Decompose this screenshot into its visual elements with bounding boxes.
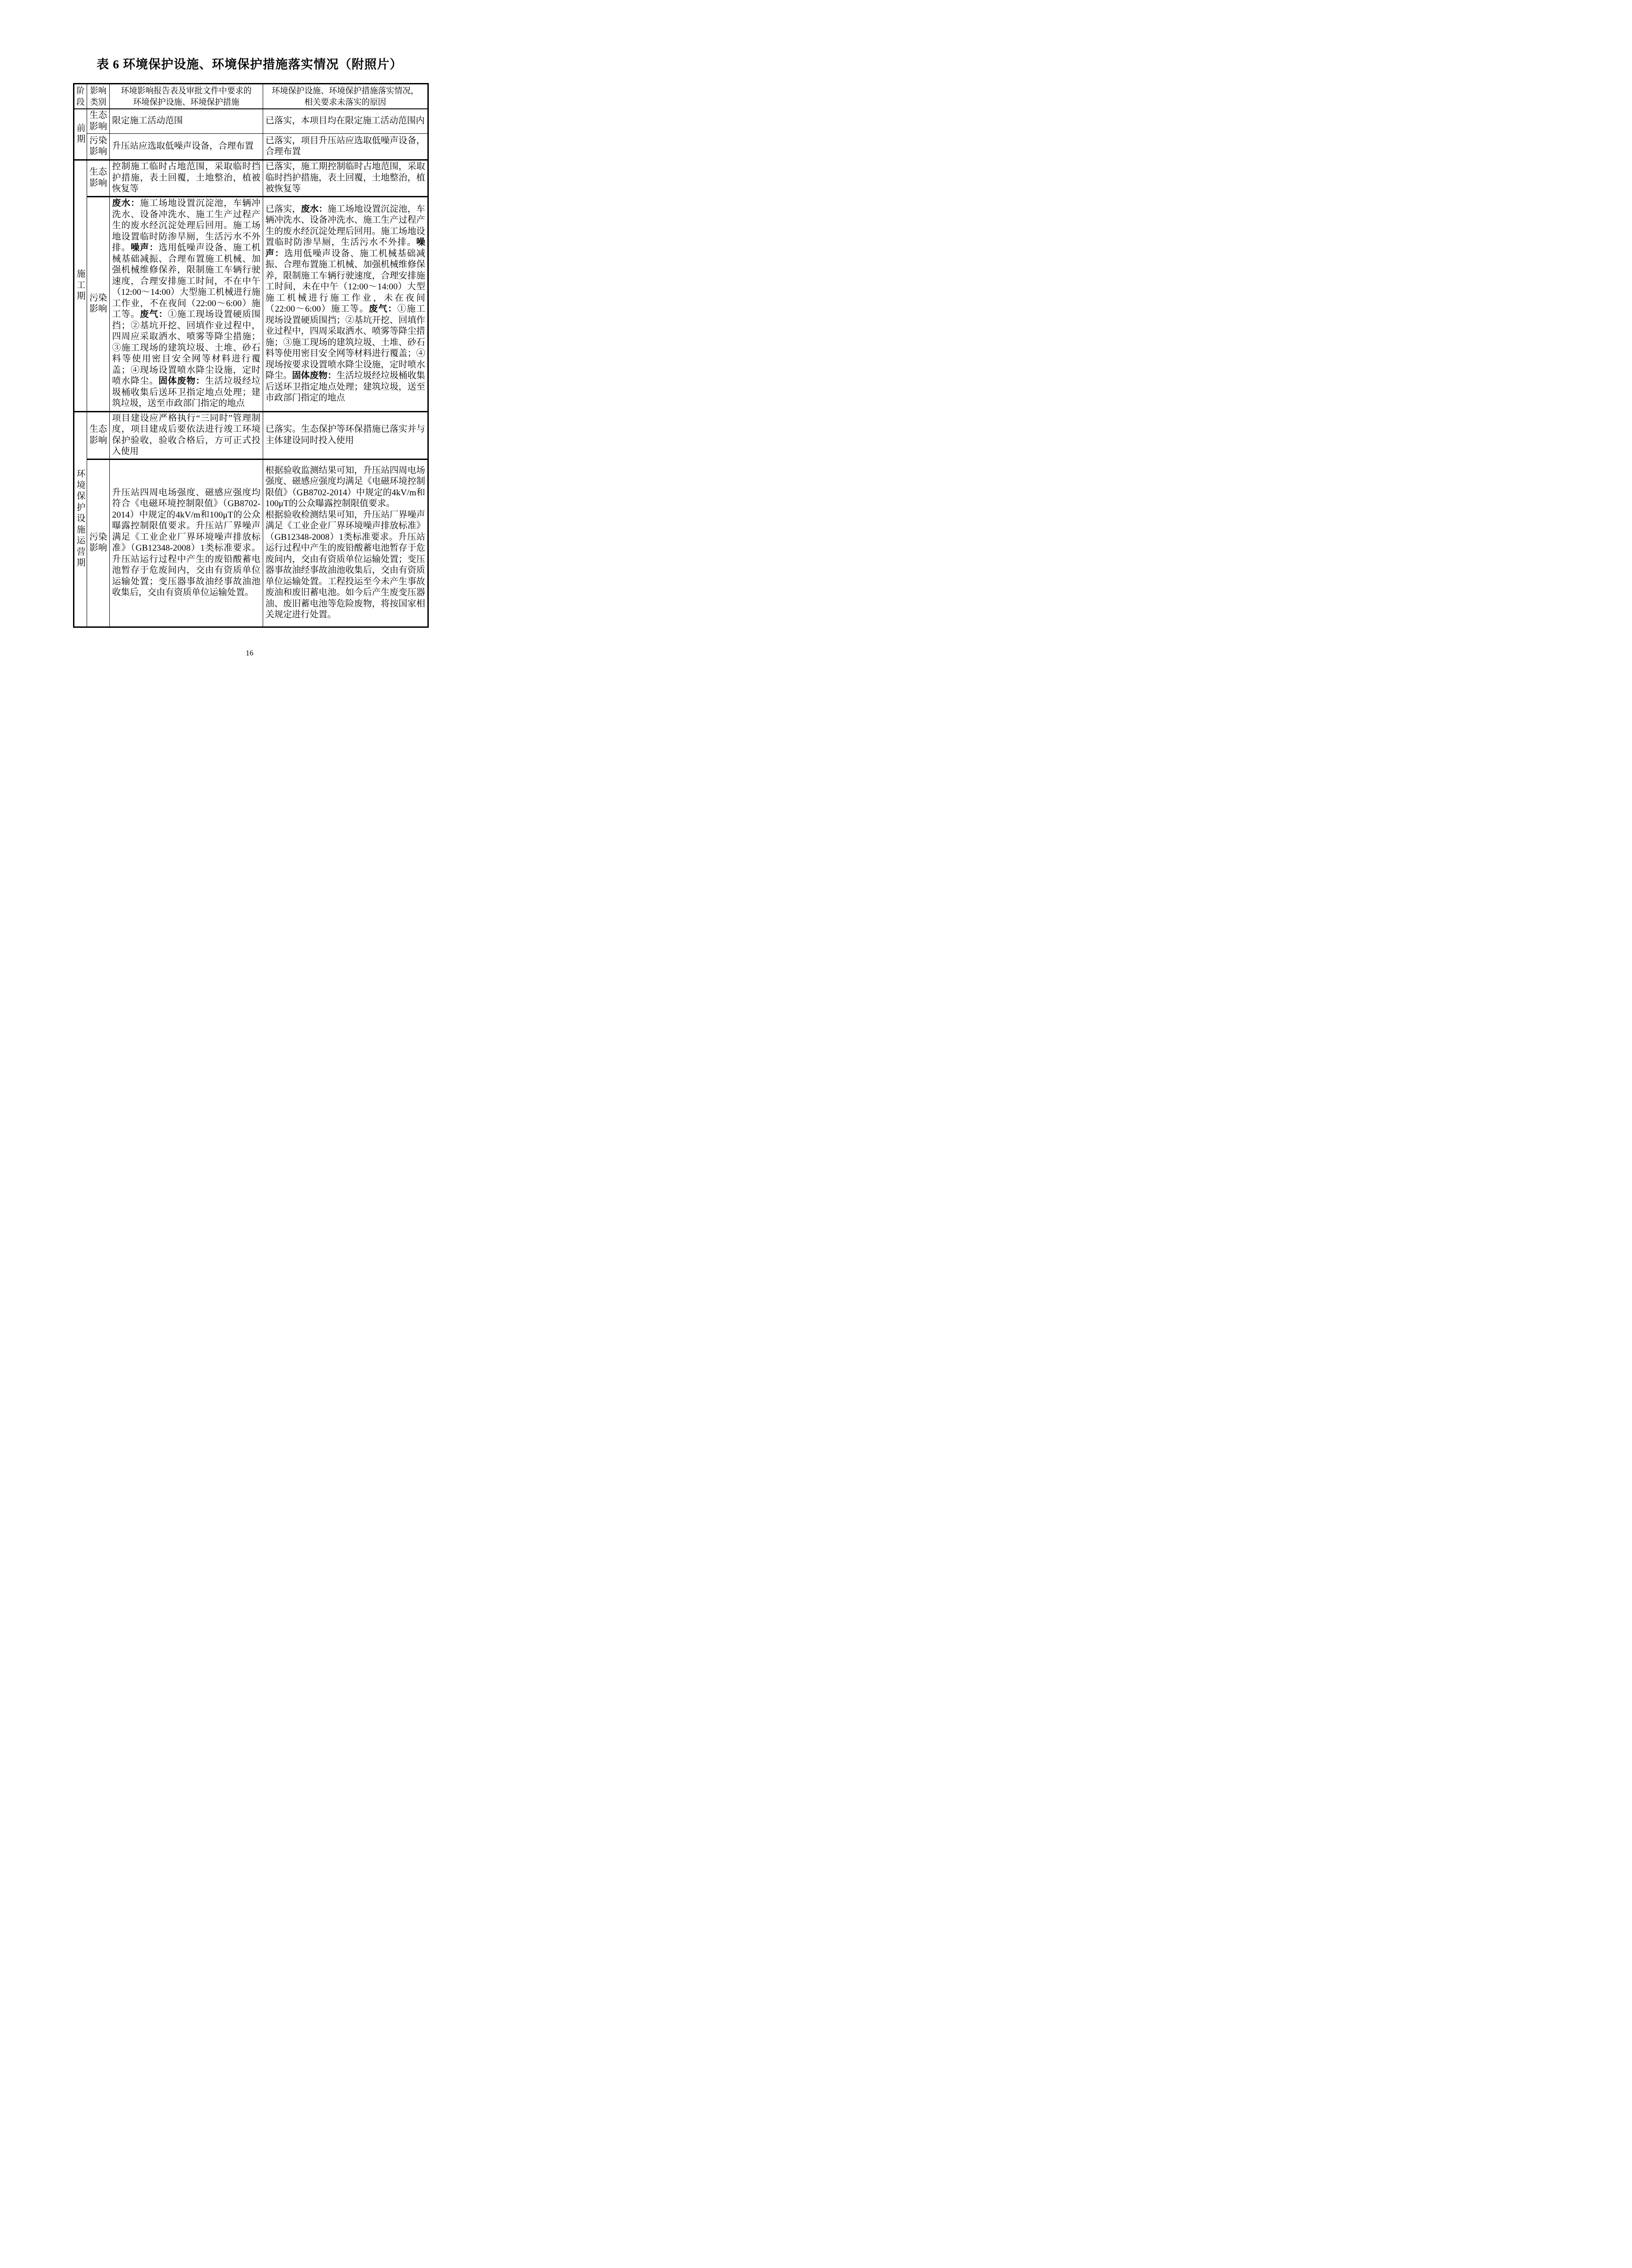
header-row: 阶段影响类别环境影响报告表及审批文件中要求的 环境保护设施、环境保护措施环境保护…	[74, 84, 428, 109]
col-header-required-measures: 环境影响报告表及审批文件中要求的 环境保护设施、环境保护措施	[110, 84, 263, 109]
page-number: 16	[0, 649, 499, 658]
impact-category-cell: 污染影响	[87, 196, 110, 411]
impact-category-cell: 污染影响	[87, 459, 110, 627]
col-header-implementation-status: 环境保护设施、环境保护措施落实情况， 相关要求未落实的原因	[263, 84, 428, 109]
text-run: ①施工现场设置硬质围挡；②基坑开挖、回填作业过程中，四周采取洒水、喷雾等降尘措施…	[265, 304, 425, 381]
impact-category-cell: 污染影响	[87, 134, 110, 160]
table-row: 污染影响升压站应选取低噪声设备，合理布置已落实，项目升压站应选取低噪声设备，合理…	[74, 134, 428, 160]
text-run: 限定施工活动范围	[112, 116, 183, 126]
bold-text-run: 噪声：	[131, 243, 159, 253]
text-run: 根据验收监测结果可知，升压站四周电场强度、磁感应强度均满足《电磁环境控制限值》（…	[265, 466, 425, 620]
text-run: 已落实，本项目均在限定施工活动范围内	[265, 116, 425, 126]
stage-cell: 施工期	[74, 160, 87, 412]
implementation-status-cell: 已落实。生态保护等环保措施已落实并与主体建设同时投入使用	[263, 411, 428, 459]
text-run: 已落实。生态保护等环保措施已落实并与主体建设同时投入使用	[265, 425, 425, 445]
text-run: 项目建设应严格执行“三同时”管理制度，项目建成后要依法进行竣工环境保护验收，验收…	[112, 414, 260, 457]
col-header-stage: 阶段	[74, 84, 87, 109]
required-measures-cell: 升压站四周电场强度、磁感应强度均符合《电磁环境控制限值》（GB8702-2014…	[110, 459, 263, 627]
epa-measures-table: 阶段影响类别环境影响报告表及审批文件中要求的 环境保护设施、环境保护措施环境保护…	[73, 83, 429, 628]
stage-cell: 前期	[74, 109, 87, 160]
impact-category-cell: 生态影响	[87, 109, 110, 134]
page-title: 表 6 环境保护设施、环境保护措施落实情况（附照片）	[0, 54, 499, 72]
table-row: 前期生态影响限定施工活动范围已落实，本项目均在限定施工活动范围内	[74, 109, 428, 134]
col-header-impact-category: 影响类别	[87, 84, 110, 109]
bold-text-run: 废气：	[140, 310, 168, 319]
implementation-status-cell: 已落实，项目升压站应选取低噪声设备，合理布置	[263, 134, 428, 160]
table-row: 污染影响升压站四周电场强度、磁感应强度均符合《电磁环境控制限值》（GB8702-…	[74, 459, 428, 627]
bold-text-run: 废气：	[369, 304, 397, 314]
text-run: ①施工现场设置硬质围挡；②基坑开挖、回填作业过程中，四周应采取洒水、喷雾等降尘措…	[112, 310, 260, 386]
text-run: 选用低噪声设备、施工机械基础减振、合理布置施工机械、加强机械维修保养，限制施工车…	[112, 243, 260, 319]
required-measures-cell: 项目建设应严格执行“三同时”管理制度，项目建成后要依法进行竣工环境保护验收，验收…	[110, 411, 263, 459]
bold-text-run: 固体废物：	[292, 371, 337, 381]
bold-text-run: 废水：	[301, 205, 328, 214]
text-run: 升压站四周电场强度、磁感应强度均符合《电磁环境控制限值》（GB8702-2014…	[112, 488, 260, 598]
table-body: 前期生态影响限定施工活动范围已落实，本项目均在限定施工活动范围内污染影响升压站应…	[74, 109, 428, 627]
implementation-status-cell: 已落实，本项目均在限定施工活动范围内	[263, 109, 428, 134]
required-measures-cell: 升压站应选取低噪声设备，合理布置	[110, 134, 263, 160]
text-run: 已落实，	[265, 205, 301, 214]
table-header: 阶段影响类别环境影响报告表及审批文件中要求的 环境保护设施、环境保护措施环境保护…	[74, 84, 428, 109]
text-run: 已落实，项目升压站应选取低噪声设备，合理布置	[265, 136, 425, 157]
table-row: 施工期生态影响控制施工临时占地范围，采取临时挡护措施，表土回覆，土地整治，植被恢…	[74, 160, 428, 197]
impact-category-cell: 生态影响	[87, 160, 110, 197]
required-measures-cell: 限定施工活动范围	[110, 109, 263, 134]
text-run: 升压站应选取低噪声设备，合理布置	[112, 142, 254, 151]
table-row: 污染影响废水：施工场地设置沉淀池，车辆冲洗水、设备冲洗水、施工生产过程产生的废水…	[74, 196, 428, 411]
bold-text-run: 废水：	[112, 199, 140, 208]
implementation-status-cell: 已落实，废水：施工场地设置沉淀池，车辆冲洗水、设备冲洗水、施工生产过程产生的废水…	[263, 196, 428, 411]
bold-text-run: 固体废物：	[159, 376, 206, 386]
required-measures-cell: 控制施工临时占地范围，采取临时挡护措施，表土回覆，土地整治，植被恢复等	[110, 160, 263, 197]
impact-category-cell: 生态影响	[87, 411, 110, 459]
required-measures-cell: 废水：施工场地设置沉淀池，车辆冲洗水、设备冲洗水、施工生产过程产生的废水经沉淀处…	[110, 196, 263, 411]
implementation-status-cell: 已落实，施工期控制临时占地范围，采取临时挡护措施，表土回覆，土地整治，植被恢复等	[263, 160, 428, 197]
text-run: 控制施工临时占地范围，采取临时挡护措施，表土回覆，土地整治，植被恢复等	[112, 162, 260, 194]
implementation-status-cell: 根据验收监测结果可知，升压站四周电场强度、磁感应强度均满足《电磁环境控制限值》（…	[263, 459, 428, 627]
table-row: 环境保护设施运营期生态影响项目建设应严格执行“三同时”管理制度，项目建成后要依法…	[74, 411, 428, 459]
document-page: 表 6 环境保护设施、环境保护措施落实情况（附照片） 阶段影响类别环境影响报告表…	[0, 0, 499, 706]
text-run: 已落实，施工期控制临时占地范围，采取临时挡护措施，表土回覆，土地整治，植被恢复等	[265, 162, 425, 194]
stage-cell: 环境保护设施运营期	[74, 411, 87, 627]
